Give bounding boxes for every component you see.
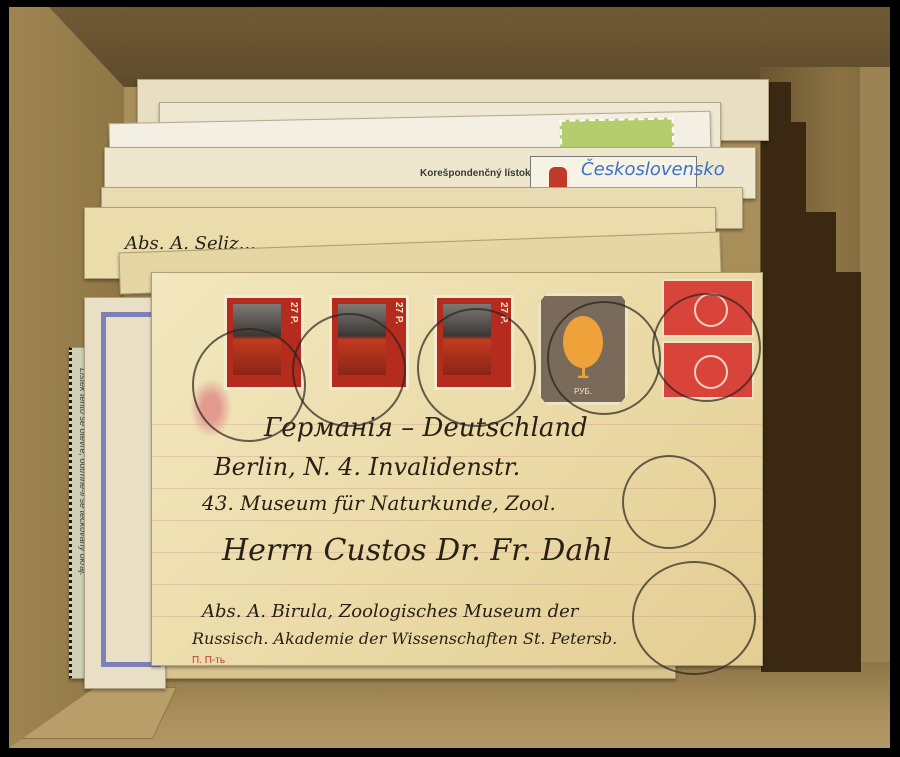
box-wall-top	[9, 7, 890, 87]
postmark-circle	[292, 313, 406, 427]
czech-card-title: Československo	[581, 159, 725, 180]
box-wall-right-edge	[860, 67, 890, 697]
address-line: 43. Museum für Naturkunde, Zool.	[202, 491, 556, 515]
photo-frame: Korešpondenčný lístok Československo Abs…	[9, 7, 890, 748]
main-postcard: 27 P. 27 P. 27 P. 1 РУБ. Германія – Deut…	[151, 272, 763, 666]
postmark-circle	[632, 561, 756, 675]
czech-card-label: Korešpondenčný lístok	[420, 168, 531, 179]
postmark-circle	[622, 455, 716, 549]
address-line: Herrn Custos Dr. Fr. Dahl	[222, 533, 612, 568]
address-line: Германія – Deutschland	[264, 413, 588, 443]
postmark-circle	[417, 308, 536, 427]
address-line: Berlin, N. 4. Invalidenstr.	[214, 453, 520, 481]
printer-imprint: П. П-ть	[192, 655, 225, 666]
address-line: Russisch. Akademie der Wissenschaften St…	[192, 629, 617, 648]
postmark-circle	[547, 301, 661, 415]
address-line: Abs. A. Birula, Zoologisches Museum der	[202, 601, 578, 622]
postmark-circle	[652, 293, 761, 402]
